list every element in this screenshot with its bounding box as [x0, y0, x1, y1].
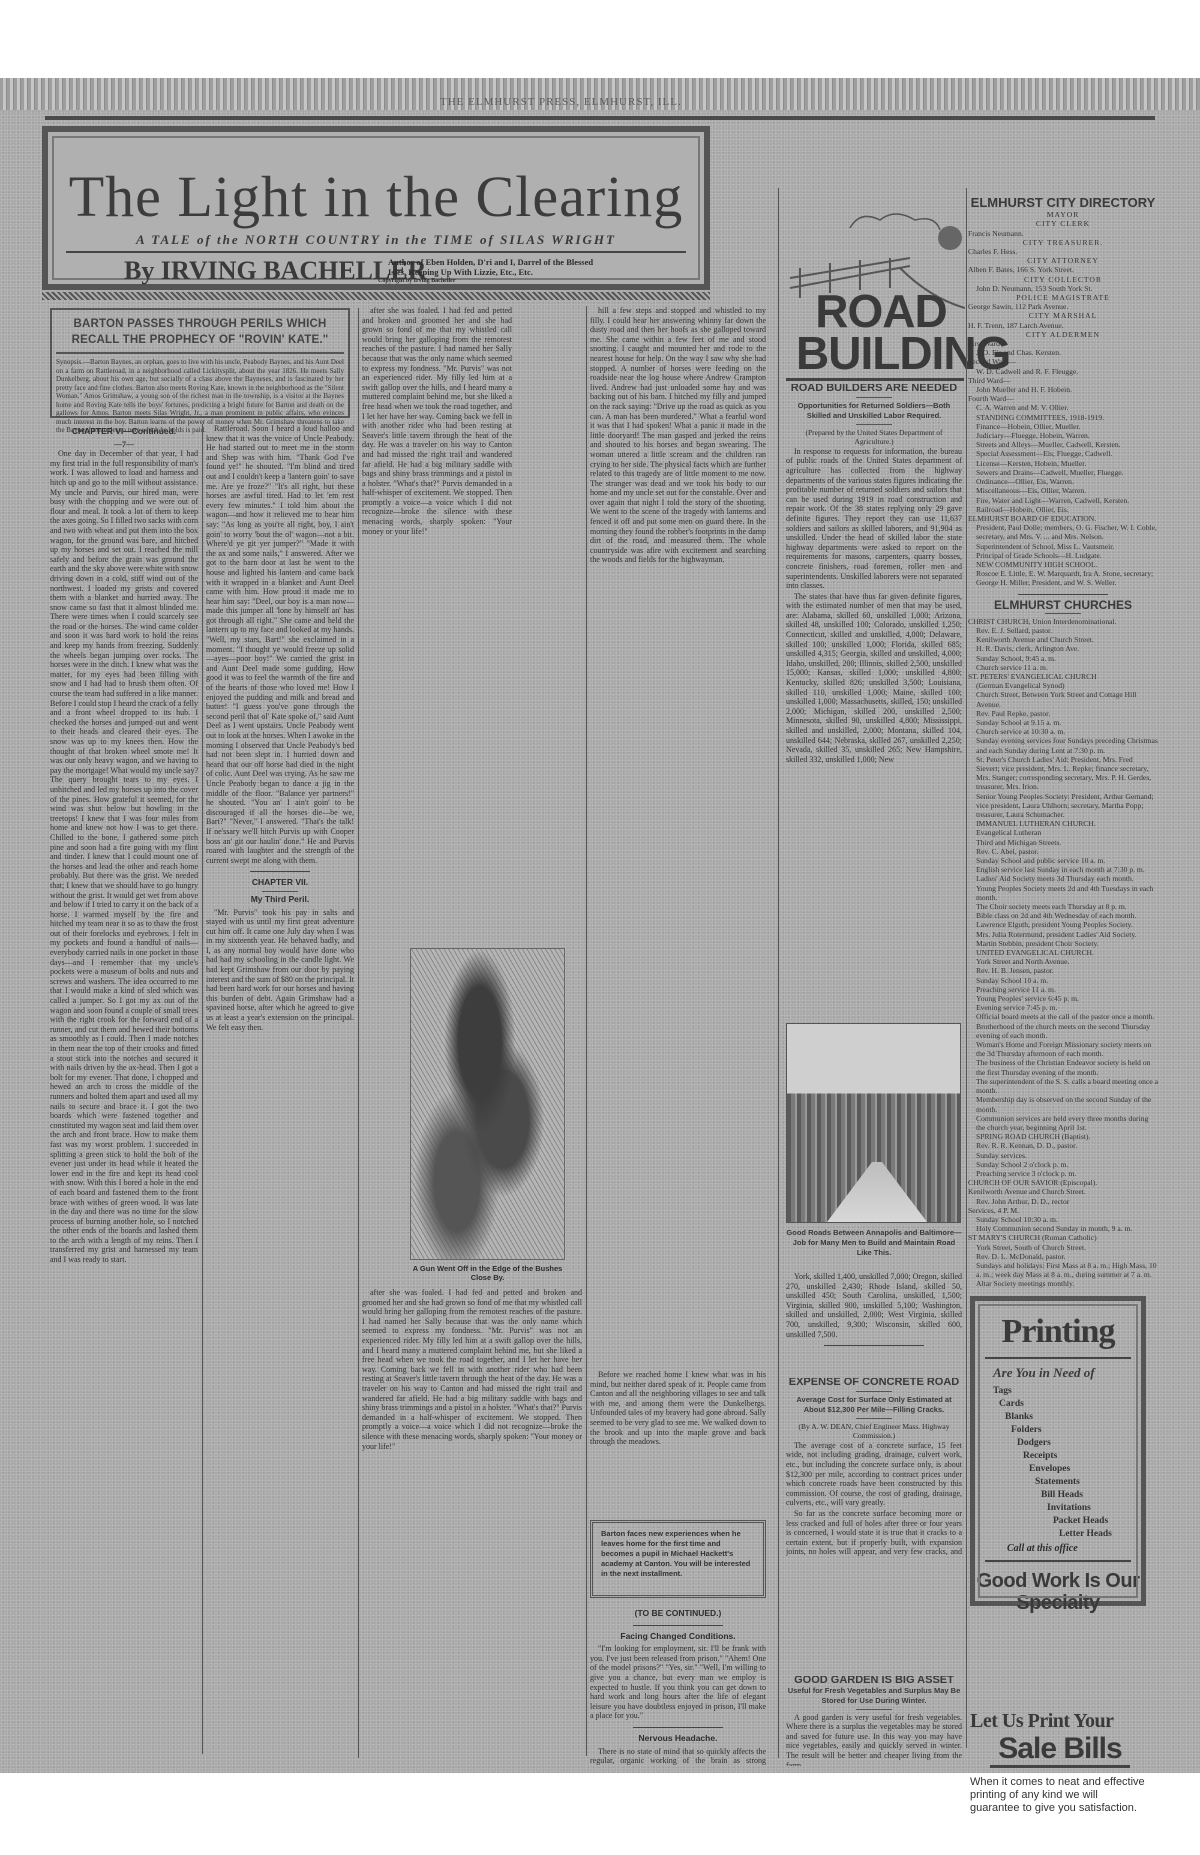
printing-item: Bill Heads	[993, 1489, 1141, 1502]
road-article-continued: York, skilled 1,400, unskilled 7,000; Or…	[786, 1272, 962, 1368]
divider	[1045, 613, 1081, 614]
filler-text-facing: "I'm looking for employment, sir. I'll b…	[590, 1644, 766, 1721]
church-line: Church Street, Between York Street and C…	[968, 690, 1158, 708]
highschool-label: NEW COMMUNITY HIGH SCHOOL.	[968, 560, 1158, 569]
serial-title: The Light in the Clearing	[66, 168, 686, 226]
road-body: In response to requests for information,…	[786, 447, 962, 591]
ward-label: First Ward—	[968, 339, 1158, 348]
concrete-body: The average cost of a concrete surface, …	[786, 1441, 962, 1508]
banner-hatch-border	[42, 292, 710, 300]
church-line: Rev. E. J. Sellard, pastor.	[968, 626, 1158, 635]
magistrate-name: George Sawin, 112 Park Avenue.	[968, 302, 1158, 311]
church-line: Official board meets at the call of the …	[968, 1012, 1158, 1021]
garden-article: GOOD GARDEN IS BIG ASSET Useful for Fres…	[786, 1676, 962, 1766]
church-line: Sunday evening services four Sundays pre…	[968, 736, 1158, 754]
story-text: after she was foaled. I had fed and pett…	[362, 1288, 582, 1451]
clerk-name: Francis Neumann.	[968, 229, 1158, 238]
column-rule	[586, 306, 587, 1756]
divider	[856, 1418, 892, 1419]
ward-aldermen: C. A. Warren and M. V. Ollier.	[968, 403, 1158, 412]
column-rule	[778, 188, 779, 1758]
church-name: CHURCH OF OUR SAVIOR (Episcopal).	[968, 1178, 1158, 1187]
church-line: Ladies' Aid Society meets 3d Thursday ea…	[968, 874, 1158, 883]
committee-item: Special Assessment—Eis, Fluegge, Cadwell…	[968, 449, 1158, 458]
church-line: Sunday School 10 a. m.	[968, 976, 1158, 985]
church-line: Lawrence Elguth, president Young Peoples…	[968, 920, 1158, 929]
road-in-photo	[827, 1162, 927, 1222]
road-title-rule	[786, 378, 964, 381]
story-text: "Mr. Purvis" took his pay in salts and s…	[206, 908, 354, 1033]
magistrate-label: POLICE MAGISTRATE	[968, 293, 1158, 302]
church-line: York Street, South of Church Street.	[968, 1243, 1158, 1252]
church-line: Rev. C. Abel, pastor.	[968, 847, 1158, 856]
chapter-vii-heading: CHAPTER VII.	[206, 878, 354, 888]
road-subhead: Opportunities for Returned Soldiers—Both…	[786, 401, 962, 421]
story-header-box: BARTON PASSES THROUGH PERILS WHICH RECAL…	[50, 308, 350, 418]
page-folio: THE ELMHURST PRESS, ELMHURST, ILL.	[440, 96, 682, 108]
mayor-label: MAYOR	[968, 210, 1158, 219]
concrete-headline: EXPENSE OF CONCRETE ROAD	[786, 1378, 962, 1388]
story-column-2: Rattleroad. Soon I heard a loud halloo a…	[206, 424, 354, 1764]
road-title-line1: ROAD	[796, 290, 966, 332]
treasurer-label: CITY TREASURER.	[968, 238, 1158, 247]
divider	[250, 871, 310, 872]
churches-title: ELMHURST CHURCHES	[968, 601, 1158, 610]
newspaper-page: THE ELMHURST PRESS, ELMHURST, ILL. The L…	[0, 78, 1200, 1773]
copyright-line: Copyright by Irving Bacheller	[378, 278, 456, 284]
sale-bills-line2: Sale Bills	[990, 1733, 1130, 1768]
church-line: Evangelical Lutheran	[968, 828, 1158, 837]
printing-title: Printing	[975, 1313, 1141, 1351]
principal: Principal of Grade Schools—H. Ludgate.	[968, 551, 1158, 560]
printing-item: Packet Heads	[993, 1515, 1141, 1528]
sale-bills-text: When it comes to neat and effective prin…	[970, 1776, 1150, 1815]
printing-item: Blanks	[993, 1411, 1141, 1424]
printing-item: Letter Heads	[993, 1528, 1141, 1541]
concrete-credit: (By A. W. DEAN, Chief Engineer Mass. Hig…	[786, 1422, 962, 1441]
church-entry: SPRING ROAD CHURCH (Baptist). Rev. R. R.…	[968, 1132, 1158, 1178]
church-line: Sunday School at 9.15 a. m.	[968, 718, 1158, 727]
road-building-title: ROAD BUILDING	[796, 290, 966, 374]
fillers-column: (TO BE CONTINUED.) Facing Changed Condit…	[590, 1606, 766, 1766]
printing-item-list: Tags Cards Blanks Folders Dodgers Receip…	[993, 1385, 1141, 1541]
committee-item: Judiciary—Fluegge, Hobein, Warren.	[968, 431, 1158, 440]
committee-item: Railroad—Hobein, Ollier, Eis.	[968, 505, 1158, 514]
serial-subtitle: A TALE of the NORTH COUNTRY in the TIME …	[66, 232, 686, 253]
serial-banner: The Light in the Clearing A TALE of the …	[42, 126, 710, 290]
concrete-article: EXPENSE OF CONCRETE ROAD Average Cost fo…	[786, 1378, 962, 1558]
church-line: Sunday services.	[968, 1151, 1158, 1160]
column-rule	[966, 188, 967, 1748]
church-entry: CHRIST CHURCH, Union Interdenominational…	[968, 617, 1158, 672]
printing-item: Dodgers	[993, 1437, 1141, 1450]
church-line: Membership day is observed on the second…	[968, 1095, 1158, 1113]
church-line: Young Peoples Society meets 2d and 4th T…	[968, 884, 1158, 902]
road-photo-caption: Good Roads Between Annapolis and Baltimo…	[786, 1228, 962, 1258]
divider	[856, 397, 892, 398]
church-line: Sunday School, 9:45 a. m.	[968, 654, 1158, 663]
collector-name: John D. Neumann, 153 South York St.	[968, 284, 1158, 293]
church-line: Holy Communion second Sunday in month, 9…	[968, 1224, 1158, 1233]
church-entry: IMMANUEL LUTHERAN CHURCH. Evangelical Lu…	[968, 819, 1158, 948]
road-body: The states that have thus far given defi…	[786, 592, 962, 765]
treasurer-name: Charles F. Hess.	[968, 247, 1158, 256]
good-work-slogan: Good Work Is Our Specialty	[975, 1570, 1141, 1614]
church-entry: ST MARY'S CHURCH (Roman Catholic) York S…	[968, 1233, 1158, 1288]
committee-item: Ordinance—Ollier, Eis, Warren.	[968, 477, 1158, 486]
church-name: IMMANUEL LUTHERAN CHURCH.	[968, 819, 1158, 828]
church-entry: UNITED EVANGELICAL CHURCH. York Street a…	[968, 948, 1158, 1132]
church-line: Sunday School 10:30 a. m.	[968, 1215, 1158, 1224]
divider	[856, 1709, 892, 1710]
church-line: Woman's Home and Foreign Missionary soci…	[968, 1040, 1158, 1058]
divider	[1018, 594, 1108, 595]
printing-item: Invitations	[993, 1502, 1141, 1515]
committee-item: Fire, Water and Light—Warren, Cadwell, K…	[968, 496, 1158, 505]
board-members: President, Paul Dolle; members, O. G. Fi…	[968, 523, 1158, 541]
church-line: Church service 11 a. m.	[968, 663, 1158, 672]
story-text: after she was foaled. I had fed and pett…	[362, 306, 512, 536]
church-line: Kenilworth Avenue and Church Street.	[968, 635, 1158, 644]
church-name: ST MARY'S CHURCH (Roman Catholic)	[968, 1233, 1158, 1242]
church-line: Young Peoples' service 6:45 p. m.	[968, 994, 1158, 1003]
filler-title-facing: Facing Changed Conditions.	[590, 1632, 766, 1642]
story-column-4-end: Before we reached home I knew what was i…	[590, 1370, 766, 1516]
road-photograph	[786, 1023, 961, 1223]
garden-body: A good garden is very useful for fresh v…	[786, 1713, 962, 1766]
committee-item: Finance—Hobein, Ollier, Mueller.	[968, 422, 1158, 431]
church-line: The business of the Christian Endeavor s…	[968, 1058, 1158, 1076]
printing-item: Envelopes	[993, 1463, 1141, 1476]
column-rule	[202, 424, 203, 1754]
filler-title-headache: Nervous Headache.	[590, 1734, 766, 1744]
church-line: Church service at 10:30 a. m.	[968, 727, 1158, 736]
church-name: UNITED EVANGELICAL CHURCH.	[968, 948, 1158, 957]
church-line: Communion services are held every three …	[968, 1114, 1158, 1132]
committee-item: Sewers and Drains—Cadwell, Mueller, Flue…	[968, 468, 1158, 477]
marshal-label: CITY MARSHAL	[968, 311, 1158, 320]
church-entry: ST. PETERS' EVANGELICAL CHURCH (German E…	[968, 672, 1158, 819]
to-be-continued: (TO BE CONTINUED.)	[590, 1609, 766, 1619]
church-line: York Street and North Avenue.	[968, 957, 1158, 966]
aldermen-label: CITY ALDERMEN	[968, 330, 1158, 339]
attorney-name: Alben F. Bates, 166 S. York Street.	[968, 265, 1158, 274]
church-line: Kenilworth Avenue and Church Street.	[968, 1187, 1158, 1196]
marshal-name: H. F. Trenn, 187 Larch Avenue.	[968, 321, 1158, 330]
committee-item: License—Kersten, Hobein, Mueller.	[968, 459, 1158, 468]
church-line: Altar Society meetings monthly.	[968, 1279, 1158, 1288]
printing-item: Folders	[993, 1424, 1141, 1437]
printing-need: Are You in Need of	[993, 1365, 1141, 1381]
printing-advertisement: Printing Are You in Need of Tags Cards B…	[970, 1296, 1146, 1606]
church-line: Rev. John Arthur, D. D., rector	[968, 1197, 1158, 1206]
printing-item: Tags	[993, 1385, 1141, 1398]
directory-title: ELMHURST CITY DIRECTORY	[968, 198, 1158, 207]
road-article: ROAD BUILDERS ARE NEEDED Opportunities f…	[786, 384, 962, 1024]
sale-bills-advertisement: Let Us Print Your Sale Bills When it com…	[970, 1710, 1150, 1815]
road-headline: ROAD BUILDERS ARE NEEDED	[786, 384, 962, 394]
city-directory: ELMHURST CITY DIRECTORY MAYOR CITY CLERK…	[968, 198, 1158, 1289]
church-line: (German Evangelical Synod)	[968, 681, 1158, 690]
author-note: Author of Eben Holden, D'ri and I, Darre…	[388, 257, 608, 277]
church-line: Rev. Paul Repke, pastor.	[968, 709, 1158, 718]
road-body: York, skilled 1,400, unskilled 7,000; Or…	[786, 1272, 962, 1339]
church-line: Services, 4 P. M.	[968, 1206, 1158, 1215]
story-illustration	[410, 948, 565, 1260]
church-name: CHRIST CHURCH, Union Interdenominational…	[968, 617, 1158, 626]
concrete-subhead: Average Cost for Surface Only Estimated …	[786, 1395, 962, 1415]
chapter-vi-heading: CHAPTER VI—Continued.	[50, 427, 198, 437]
divider	[824, 1345, 924, 1346]
ward-aldermen: J. O. Eis and Chas. Kersten.	[968, 348, 1158, 357]
church-line: St. Peter's Church Ladies' Aid: Presiden…	[968, 755, 1158, 792]
divider	[633, 1727, 723, 1728]
story-column-1: CHAPTER VI—Continued. —7— One day in Dec…	[50, 424, 198, 1764]
divider	[985, 1560, 1131, 1562]
story-text: hill a few steps and stopped and whistle…	[590, 306, 766, 565]
story-column-3-lower: after she was foaled. I had fed and pett…	[362, 1288, 582, 1758]
church-line: The superintendent of the S. S. calls a …	[968, 1077, 1158, 1095]
church-line: Rev. H. B. Jensen, pastor.	[968, 966, 1158, 975]
story-column-3: after she was foaled. I had fed and pett…	[362, 306, 512, 944]
church-name: ST. PETERS' EVANGELICAL CHURCH	[968, 672, 1158, 681]
church-line: Mrs. Julia Rotermund, president Ladies' …	[968, 930, 1158, 939]
ward-aldermen: John Mueller and H. F. Hobein.	[968, 385, 1158, 394]
top-rule	[45, 116, 1155, 120]
church-line: Preaching service 3 o'clock p. m.	[968, 1169, 1158, 1178]
printing-item: Cards	[993, 1398, 1141, 1411]
church-line: H. R. Davis, clerk, Arlington Ave.	[968, 644, 1158, 653]
church-line: Preaching service 11 a. m.	[968, 985, 1158, 994]
story-text: Before we reached home I knew what was i…	[590, 1370, 766, 1447]
church-line: Brotherhood of the church meets on the s…	[968, 1022, 1158, 1040]
church-line: Sunday School 2 o'clock p. m.	[968, 1160, 1158, 1169]
church-line: Third and Michigan Streets.	[968, 838, 1158, 847]
printing-item: Statements	[993, 1476, 1141, 1489]
story-text: One day in December of that year, I had …	[50, 449, 198, 1264]
church-line: Senior Young Peoples Society: President,…	[968, 792, 1158, 820]
concrete-body: So far as the concrete surface becoming …	[786, 1509, 962, 1558]
story-text: Rattleroad. Soon I heard a loud halloo a…	[206, 424, 354, 865]
church-line: Rev. D. L. McDonald, pastor.	[968, 1252, 1158, 1261]
committees-label: STANDING COMMITTEES, 1918-1919.	[968, 413, 1158, 422]
sale-bills-line1: Let Us Print Your	[970, 1710, 1150, 1733]
ward-label: Fourth Ward—	[968, 394, 1158, 403]
ward-aldermen: W. D. Cadwell and R. F. Fleugge.	[968, 367, 1158, 376]
chapter-vii-title: My Third Peril.	[206, 895, 354, 905]
divider	[856, 424, 892, 425]
committee-item: Miscellaneous—Eis, Ollier, Warren.	[968, 486, 1158, 495]
ward-label: Third Ward—	[968, 376, 1158, 385]
divider	[262, 891, 298, 892]
road-title-line2: BUILDING	[796, 332, 966, 374]
printing-item: Receipts	[993, 1450, 1141, 1463]
church-name: SPRING ROAD CHURCH (Baptist).	[968, 1132, 1158, 1141]
superintendent: Superintendent of School, Miss L. Vautsm…	[968, 542, 1158, 551]
divider	[633, 1625, 723, 1626]
collector-label: CITY COLLECTOR	[968, 275, 1158, 284]
installment-number: —7—	[50, 440, 198, 450]
church-line: Bible class on 2d and 4th Wednesday of e…	[968, 911, 1158, 920]
divider	[985, 1357, 1131, 1359]
printing-call: Call at this office	[1007, 1543, 1141, 1554]
divider	[856, 1391, 892, 1392]
garden-subhead: Useful for Fresh Vegetables and Surplus …	[786, 1686, 962, 1706]
garden-headline: GOOD GARDEN IS BIG ASSET	[786, 1676, 962, 1686]
next-installment-box: Barton faces new experiences when he lea…	[590, 1520, 766, 1598]
board-label: ELMHURST BOARD OF EDUCATION.	[968, 514, 1158, 523]
story-headline: BARTON PASSES THROUGH PERILS WHICH RECAL…	[56, 316, 344, 354]
church-line: Sundays and holidays: First Mass at 8 a.…	[968, 1261, 1158, 1279]
church-line: Rev. R. R. Kennan, D. D., pastor.	[968, 1141, 1158, 1150]
church-line: English service last Sunday in each mont…	[968, 865, 1158, 874]
ward-label: Second Ward—	[968, 357, 1158, 366]
column-rule	[358, 308, 359, 1758]
church-line: Martin Stebbin, president Choir Society.	[968, 939, 1158, 948]
filler-text-headache: There is no state of mind that so quickl…	[590, 1747, 766, 1766]
church-line: Evening service 7:45 p. m.	[968, 1003, 1158, 1012]
committee-item: Streets and Alleys—Mueller, Cadwell, Ker…	[968, 440, 1158, 449]
church-line: Sunday School and public service 10 a. m…	[968, 856, 1158, 865]
attorney-label: CITY ATTORNEY	[968, 256, 1158, 265]
illustration-caption: A Gun Went Off in the Edge of the Bushes…	[410, 1264, 565, 1282]
clerk-label: CITY CLERK	[968, 219, 1158, 228]
church-entry: CHURCH OF OUR SAVIOR (Episcopal). Kenilw…	[968, 1178, 1158, 1233]
road-credit: (Prepared by the United States Departmen…	[786, 428, 962, 447]
highschool-members: Roscoe E. Little, E. W. Marquardt, Ira A…	[968, 569, 1158, 587]
church-line: The Choir society meets each Thursday at…	[968, 902, 1158, 911]
story-column-4: hill a few steps and stopped and whistle…	[590, 306, 766, 1368]
